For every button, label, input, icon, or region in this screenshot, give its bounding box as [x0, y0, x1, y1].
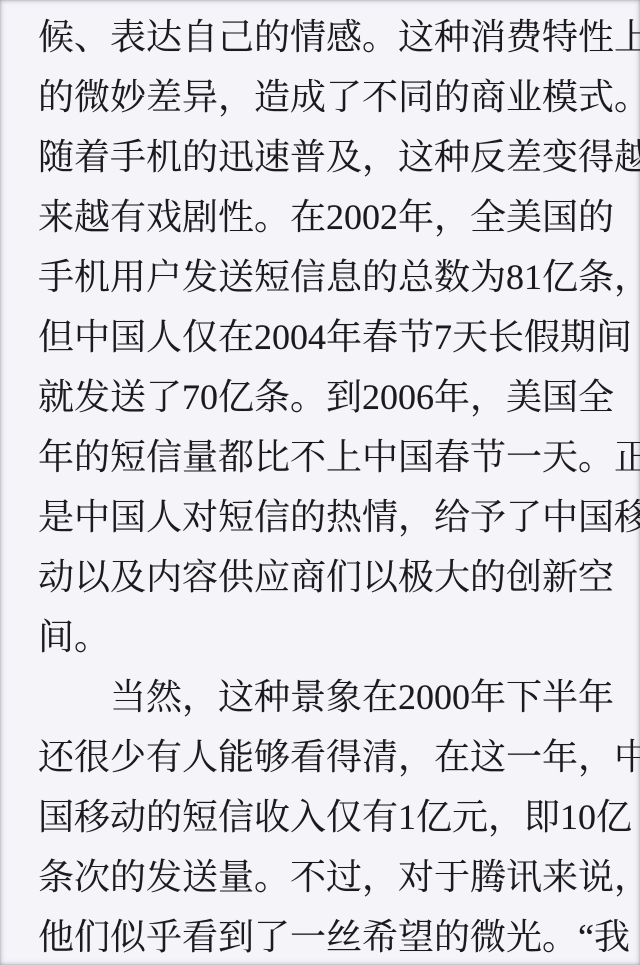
text-line: 当然，这种景象在2000年下半年: [38, 667, 606, 727]
text-line: 间。: [38, 607, 606, 667]
text-line: 他们似乎看到了一丝希望的微光。“我: [38, 907, 606, 965]
text-line: 但中国人仅在2004年春节7天长假期间: [38, 307, 606, 367]
text-line: 手机用户发送短信息的总数为81亿条，: [38, 247, 606, 307]
text-line: 国移动的短信收入仅有1亿元，即10亿: [38, 787, 606, 847]
text-line: 来越有戏剧性。在2002年，全美国的: [38, 187, 606, 247]
text-line: 的微妙差异，造成了不同的商业模式。: [38, 67, 606, 127]
text-line: 年的短信量都比不上中国春节一天。正: [38, 427, 606, 487]
text-line: 候、表达自己的情感。这种消费特性上: [38, 7, 606, 67]
text-line: 条次的发送量。不过，对于腾讯来说，: [38, 847, 606, 907]
text-line: 还很少有人能够看得清，在这一年，中: [38, 727, 606, 787]
text-line: 是中国人对短信的热情，给予了中国移: [38, 487, 606, 547]
text-line: 就发送了70亿条。到2006年，美国全: [38, 367, 606, 427]
reader-page[interactable]: 候、表达自己的情感。这种消费特性上的微妙差异，造成了不同的商业模式。随着手机的迅…: [0, 0, 640, 965]
text-line: 随着手机的迅速普及，这种反差变得越: [38, 127, 606, 187]
text-line: 动以及内容供应商们以极大的创新空: [38, 547, 606, 607]
